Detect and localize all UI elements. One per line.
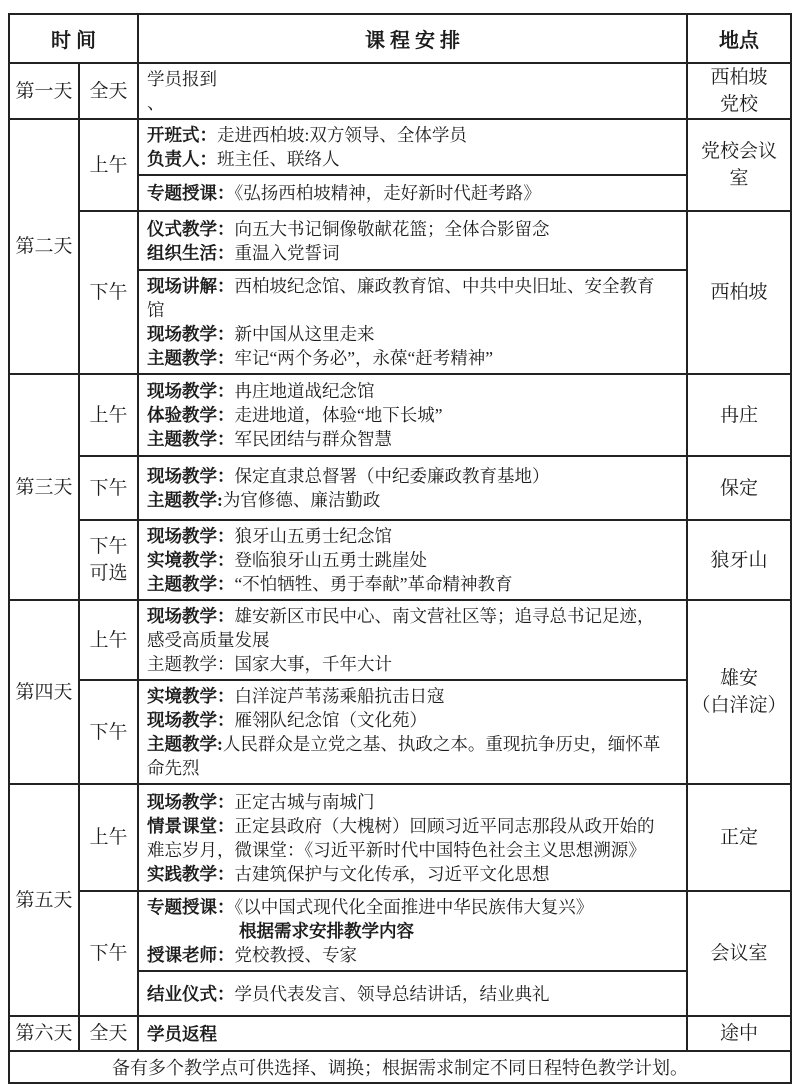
- course-line: 专题授课：《以中国式现代化全面推进中华民族伟大复兴》: [147, 895, 676, 919]
- day3-am-time: 上午: [79, 374, 138, 456]
- course-line: 负责人：班主任、联络人: [147, 147, 676, 171]
- header-time: 时 间: [9, 14, 138, 63]
- day6-location: 途中: [687, 1016, 791, 1051]
- day3-pm-location: 保定: [687, 456, 791, 520]
- day1-label: 第一天: [9, 63, 79, 119]
- course-line-label: 主题教学：: [147, 348, 235, 368]
- course-line: 仪式教学：向五大书记铜像敬献花篮；全体合影留念: [147, 217, 676, 241]
- course-line-text: 重温入党誓词: [235, 243, 340, 263]
- course-line-text: 根据需求安排教学内容: [239, 921, 414, 941]
- day2-pm-course-2: 现场讲解：西柏坡纪念馆、廉政教育馆、中共中央旧址、安全教育 馆现场教学：新中国从…: [138, 270, 687, 374]
- day2-row-am1: 第二天 上午 开班式：走进西柏坡:双方领导、全体学员负责人：班主任、联络人 党校…: [9, 119, 791, 175]
- day4-row-pm: 下午 实境教学：白洋淀芦苇荡乘船抗击日寇现场教学：雁翎队纪念馆（文化苑）主题教学…: [9, 680, 791, 784]
- course-line-text: 军民团结与群众智慧: [235, 429, 393, 449]
- course-line-text: 正定古城与南城门: [235, 792, 375, 812]
- course-line-text: 学员代表发言、领导总结讲话，结业典礼: [235, 984, 550, 1004]
- course-schedule-table: 时 间 课 程 安 排 地点 第一天 全天 学员报到 、 西柏坡 党校 第二天 …: [8, 13, 792, 1084]
- course-line: 主题教学：“不怕牺牲、勇于奉献”革命精神教育: [147, 572, 676, 596]
- course-line: 主题教学:人民群众是立党之基、执政之本。重现抗争历史，缅怀革 命先烈: [147, 732, 676, 780]
- day4-pm-course: 实境教学：白洋淀芦苇荡乘船抗击日寇现场教学：雁翎队纪念馆（文化苑）主题教学:人民…: [138, 680, 687, 784]
- course-line-label: 授课老师：: [147, 945, 235, 965]
- course-line-label: 现场教学：: [147, 466, 235, 486]
- day5-am-course: 现场教学：正定古城与南城门情景课堂：正定县政府（大槐树）回顾习近平同志那段从政开…: [138, 784, 687, 891]
- day1-time: 全天: [79, 63, 138, 119]
- course-line: 实境教学：白洋淀芦苇荡乘船抗击日寇: [147, 684, 676, 708]
- day3-label: 第三天: [9, 374, 79, 600]
- day4-am-time: 上午: [79, 600, 138, 680]
- course-line-text: 国家大事，千年大计: [235, 654, 393, 674]
- day4-location: 雄安 （白洋淀）: [687, 600, 791, 784]
- course-line: 现场教学：正定古城与南城门: [147, 790, 676, 814]
- day1-course: 学员报到 、: [138, 63, 687, 119]
- day6-label: 第六天: [9, 1016, 79, 1051]
- course-line: 现场讲解：西柏坡纪念馆、廉政教育馆、中共中央旧址、安全教育 馆: [147, 274, 676, 322]
- day3-pm-course: 现场教学：保定直隶总督署（中纪委廉政教育基地）主题教学:为官修德、廉洁勤政: [138, 456, 687, 520]
- day6-row: 第六天 全天 学员返程 途中: [9, 1016, 791, 1051]
- day4-row-am: 第四天 上午 现场教学：雄安新区市民中心、南文营社区等；追寻总书记足迹， 感受高…: [9, 600, 791, 680]
- course-line: 授课老师：党校教授、专家: [147, 943, 676, 967]
- day5-am-time: 上午: [79, 784, 138, 891]
- course-line-label: 现场教学：: [147, 526, 235, 546]
- course-line-label: 负责人：: [147, 149, 217, 169]
- course-line: 学员报到 、: [147, 67, 676, 115]
- day4-am-course: 现场教学：雄安新区市民中心、南文营社区等；追寻总书记足迹， 感受高质量发展主题教…: [138, 600, 687, 680]
- course-line-text: 牢记“两个务必”，永葆“赶考精神”: [235, 348, 494, 368]
- day2-label: 第二天: [9, 119, 79, 374]
- course-line-text: 人民群众是立党之基、执政之本。重现抗争历史，缅怀革 命先烈: [147, 734, 660, 778]
- course-line: 结业仪式：学员代表发言、领导总结讲话，结业典礼: [147, 982, 676, 1006]
- day2-am-time: 上午: [79, 119, 138, 211]
- course-line-text: 白洋淀芦苇荡乘船抗击日寇: [235, 686, 445, 706]
- course-line-label: 体验教学：: [147, 405, 235, 425]
- course-line-text: 为官修德、廉洁勤政: [223, 490, 381, 510]
- course-line: 实境教学：登临狼牙山五勇士跳崖处: [147, 548, 676, 572]
- course-line-label: 现场教学：: [147, 606, 235, 626]
- day5-row-am: 第五天 上午 现场教学：正定古城与南城门情景课堂：正定县政府（大槐树）回顾习近平…: [9, 784, 791, 891]
- course-line: 主题教学:为官修德、廉洁勤政: [147, 488, 676, 512]
- course-line-text: 古建筑保护与文化传承，习近平文化思想: [235, 864, 550, 884]
- course-line-label: 主题教学:: [147, 490, 223, 510]
- course-line-label: 实践教学：: [147, 864, 235, 884]
- day1-row: 第一天 全天 学员报到 、 西柏坡 党校: [9, 63, 791, 119]
- course-line: 现场教学：冉庄地道战纪念馆: [147, 379, 676, 403]
- day2-pm-course-1: 仪式教学：向五大书记铜像敬献花篮；全体合影留念组织生活：重温入党誓词: [138, 211, 687, 270]
- course-line-label: 专题授课：: [147, 183, 235, 203]
- day3-opt-location: 狼牙山: [687, 520, 791, 600]
- day5-label: 第五天: [9, 784, 79, 1016]
- course-line-label: 仪式教学：: [147, 219, 235, 239]
- course-line: 现场教学：保定直隶总督署（中纪委廉政教育基地）: [147, 464, 676, 488]
- day2-am-course-2: 专题授课：《弘扬西柏坡精神，走好新时代赶考路》: [138, 175, 687, 211]
- course-line-text: 班主任、联络人: [217, 149, 340, 169]
- course-line-text: 雁翎队纪念馆（文化苑）: [235, 710, 428, 730]
- day3-row-pm: 下午 现场教学：保定直隶总督署（中纪委廉政教育基地）主题教学:为官修德、廉洁勤政…: [9, 456, 791, 520]
- course-line: 根据需求安排教学内容: [147, 919, 676, 943]
- course-line: 主题教学：军民团结与群众智慧: [147, 427, 676, 451]
- day3-am-course: 现场教学：冉庄地道战纪念馆体验教学：走进地道，体验“地下长城”主题教学：军民团结…: [138, 374, 687, 456]
- day2-am-course-1: 开班式：走进西柏坡:双方领导、全体学员负责人：班主任、联络人: [138, 119, 687, 175]
- course-line-label: 主题教学:: [147, 734, 223, 754]
- footer-row: 备有多个教学点可供选择、调换；根据需求制定不同日程特色教学计划。: [9, 1051, 791, 1083]
- day3-opt-course: 现场教学：狼牙山五勇士纪念馆实境教学：登临狼牙山五勇士跳崖处主题教学：“不怕牺牲…: [138, 520, 687, 600]
- header-row: 时 间 课 程 安 排 地点: [9, 14, 791, 63]
- course-line-text: 党校教授、专家: [235, 945, 358, 965]
- header-location: 地点: [687, 14, 791, 63]
- course-line-label: 实境教学：: [147, 550, 235, 570]
- day5-pm-course-1: 专题授课：《以中国式现代化全面推进中华民族伟大复兴》根据需求安排教学内容授课老师…: [138, 891, 687, 971]
- course-line-text: 向五大书记铜像敬献花篮；全体合影留念: [235, 219, 550, 239]
- course-line-label: 情景课堂：: [147, 816, 235, 836]
- day4-label: 第四天: [9, 600, 79, 784]
- day3-am-location: 冉庄: [687, 374, 791, 456]
- course-line-text: 狼牙山五勇士纪念馆: [235, 526, 393, 546]
- course-line-label: 现场教学：: [147, 792, 235, 812]
- course-line: 现场教学：雄安新区市民中心、南文营社区等；追寻总书记足迹， 感受高质量发展: [147, 604, 676, 652]
- day5-am-location: 正定: [687, 784, 791, 891]
- day2-pm-location: 西柏坡: [687, 211, 791, 374]
- course-line-label: 现场讲解：: [147, 276, 235, 296]
- course-line-text: 保定直隶总督署（中纪委廉政教育基地）: [235, 466, 550, 486]
- day5-pm-location: 会议室: [687, 891, 791, 1016]
- course-line-text: “不怕牺牲、勇于奉献”革命精神教育: [235, 574, 513, 594]
- course-line: 现场教学：狼牙山五勇士纪念馆: [147, 524, 676, 548]
- day5-pm-time: 下午: [79, 891, 138, 1016]
- day6-course: 学员返程: [138, 1016, 687, 1051]
- course-line-text: 走进地道，体验“地下长城”: [235, 405, 443, 425]
- course-line-label: 主题教学：: [147, 574, 235, 594]
- day3-opt-time: 下午 可选: [79, 520, 138, 600]
- course-line-text: 《以中国式现代化全面推进中华民族伟大复兴》: [235, 897, 594, 917]
- day3-pm-time: 下午: [79, 456, 138, 520]
- course-line-label: 开班式：: [147, 125, 217, 145]
- course-line-text: 冉庄地道战纪念馆: [235, 381, 375, 401]
- course-line-label: 现场教学：: [147, 710, 235, 730]
- course-line: 情景课堂：正定县政府（大槐树）回顾习近平同志那段从政开始的 难忘岁月，微课堂：《…: [147, 814, 676, 862]
- course-line-label: 主题教学：: [147, 654, 235, 674]
- footer-note: 备有多个教学点可供选择、调换；根据需求制定不同日程特色教学计划。: [9, 1051, 791, 1083]
- course-line-label: 结业仪式：: [147, 984, 235, 1004]
- course-line: 开班式：走进西柏坡:双方领导、全体学员: [147, 123, 676, 147]
- day6-time: 全天: [79, 1016, 138, 1051]
- course-line-label: 现场教学：: [147, 324, 235, 344]
- header-course: 课 程 安 排: [138, 14, 687, 63]
- course-line-text: 走进西柏坡:双方领导、全体学员: [217, 125, 467, 145]
- course-line: 体验教学：走进地道，体验“地下长城”: [147, 403, 676, 427]
- day3-row-pm-optional: 下午 可选 现场教学：狼牙山五勇士纪念馆实境教学：登临狼牙山五勇士跳崖处主题教学…: [9, 520, 791, 600]
- day2-am-location: 党校会议 室: [687, 119, 791, 211]
- day2-row-pm1: 下午 仪式教学：向五大书记铜像敬献花篮；全体合影留念组织生活：重温入党誓词 西柏…: [9, 211, 791, 270]
- day3-row-am: 第三天 上午 现场教学：冉庄地道战纪念馆体验教学：走进地道，体验“地下长城”主题…: [9, 374, 791, 456]
- course-line: 实践教学：古建筑保护与文化传承，习近平文化思想: [147, 862, 676, 886]
- day5-pm-course-2: 结业仪式：学员代表发言、领导总结讲话，结业典礼: [138, 971, 687, 1016]
- course-line-label: 组织生活：: [147, 243, 235, 263]
- course-line: 现场教学：新中国从这里走来: [147, 322, 676, 346]
- course-line-text: 学员报到 、: [147, 69, 217, 113]
- course-line-label: 主题教学：: [147, 429, 235, 449]
- course-line-text: 学员返程: [147, 1024, 217, 1044]
- course-line: 现场教学：雁翎队纪念馆（文化苑）: [147, 708, 676, 732]
- course-line: 主题教学：牢记“两个务必”，永葆“赶考精神”: [147, 346, 676, 370]
- course-line-label: 专题授课：: [147, 897, 235, 917]
- course-line: 学员返程: [147, 1022, 676, 1046]
- day5-row-pm1: 下午 专题授课：《以中国式现代化全面推进中华民族伟大复兴》根据需求安排教学内容授…: [9, 891, 791, 971]
- course-line: 专题授课：《弘扬西柏坡精神，走好新时代赶考路》: [147, 181, 676, 205]
- schedule-document: 时 间 课 程 安 排 地点 第一天 全天 学员报到 、 西柏坡 党校 第二天 …: [0, 0, 800, 1084]
- day2-pm-time: 下午: [79, 211, 138, 374]
- day4-pm-time: 下午: [79, 680, 138, 784]
- course-line: 组织生活：重温入党誓词: [147, 241, 676, 265]
- course-line-label: 现场教学：: [147, 381, 235, 401]
- course-line-text: 《弘扬西柏坡精神，走好新时代赶考路》: [235, 183, 541, 203]
- course-line-label: 实境教学：: [147, 686, 235, 706]
- day1-location: 西柏坡 党校: [687, 63, 791, 119]
- course-line: 主题教学：国家大事，千年大计: [147, 652, 676, 676]
- course-line-text: 登临狼牙山五勇士跳崖处: [235, 550, 428, 570]
- course-line-text: 新中国从这里走来: [235, 324, 375, 344]
